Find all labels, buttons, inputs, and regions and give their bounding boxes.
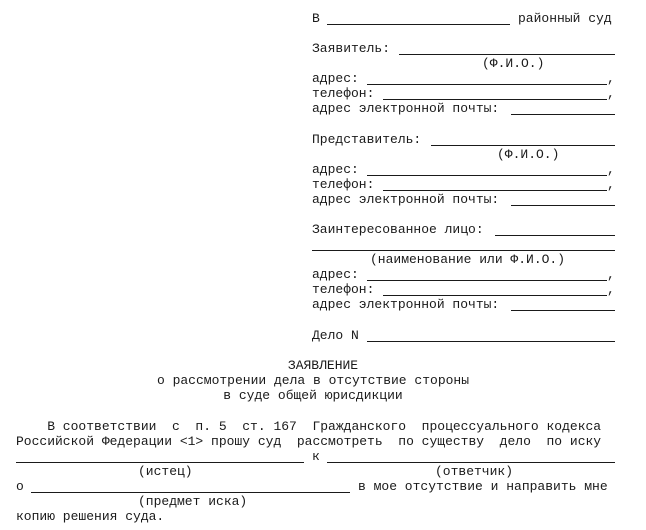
document-subtitle-1: о рассмотрении дела в отсутствие стороны bbox=[0, 373, 626, 388]
interested-party-address-label: адрес: bbox=[312, 267, 359, 282]
interested-party-address-field[interactable] bbox=[367, 280, 607, 281]
comma: , bbox=[607, 162, 615, 177]
body-last-line: копию решения суда. bbox=[16, 509, 164, 524]
body-line-1: В соответствии с п. 5 ст. 167 Гражданско… bbox=[16, 419, 601, 434]
interested-party-email-label: адрес электронной почты: bbox=[312, 297, 499, 312]
applicant-hint: (Ф.И.О.) bbox=[482, 56, 544, 71]
representative-label: Представитель: bbox=[312, 132, 421, 147]
interested-party-hint: (наименование или Ф.И.О.) bbox=[370, 252, 565, 267]
representative-hint: (Ф.И.О.) bbox=[497, 147, 559, 162]
applicant-phone-label: телефон: bbox=[312, 86, 374, 101]
interested-party-label: Заинтересованное лицо: bbox=[312, 222, 484, 237]
applicant-name-field[interactable] bbox=[399, 54, 615, 55]
body-line-2: Российской Федерации <1> прошу суд рассм… bbox=[16, 434, 601, 449]
absence-text: в мое отсутствие и направить мне bbox=[358, 479, 608, 494]
court-prefix: В bbox=[312, 11, 320, 26]
comma: , bbox=[607, 282, 615, 297]
representative-email-label: адрес электронной почты: bbox=[312, 192, 499, 207]
claim-subject-hint: (предмет иска) bbox=[138, 494, 247, 509]
applicant-phone-field[interactable] bbox=[383, 99, 607, 100]
interested-party-field-2[interactable] bbox=[312, 250, 615, 251]
representative-phone-field[interactable] bbox=[383, 190, 607, 191]
comma: , bbox=[607, 71, 615, 86]
applicant-email-field[interactable] bbox=[511, 114, 615, 115]
defendant-field[interactable] bbox=[327, 462, 615, 463]
plaintiff-hint: (истец) bbox=[138, 464, 193, 479]
applicant-address-label: адрес: bbox=[312, 71, 359, 86]
document-title: ЗАЯВЛЕНИЕ bbox=[0, 358, 646, 373]
interested-party-email-field[interactable] bbox=[511, 310, 615, 311]
applicant-label: Заявитель: bbox=[312, 41, 390, 56]
court-name-field[interactable] bbox=[327, 24, 510, 25]
court-suffix: районный суд bbox=[518, 11, 612, 26]
claim-subject-field[interactable] bbox=[31, 492, 350, 493]
comma: , bbox=[607, 86, 615, 101]
defendant-hint: (ответчик) bbox=[435, 464, 513, 479]
k-preposition: к bbox=[312, 449, 320, 464]
case-label: Дело N bbox=[312, 328, 359, 343]
plaintiff-field[interactable] bbox=[16, 462, 304, 463]
interested-party-phone-label: телефон: bbox=[312, 282, 374, 297]
applicant-address-field[interactable] bbox=[367, 84, 607, 85]
comma: , bbox=[607, 177, 615, 192]
representative-email-field[interactable] bbox=[511, 205, 615, 206]
representative-address-label: адрес: bbox=[312, 162, 359, 177]
representative-address-field[interactable] bbox=[367, 175, 607, 176]
representative-name-field[interactable] bbox=[431, 145, 615, 146]
o-preposition: о bbox=[16, 479, 24, 494]
representative-phone-label: телефон: bbox=[312, 177, 374, 192]
case-number-field[interactable] bbox=[367, 341, 615, 342]
comma: , bbox=[607, 267, 615, 282]
interested-party-field-1[interactable] bbox=[495, 235, 615, 236]
applicant-email-label: адрес электронной почты: bbox=[312, 101, 499, 116]
interested-party-phone-field[interactable] bbox=[383, 295, 607, 296]
document-subtitle-2: в суде общей юрисдикции bbox=[0, 388, 626, 403]
